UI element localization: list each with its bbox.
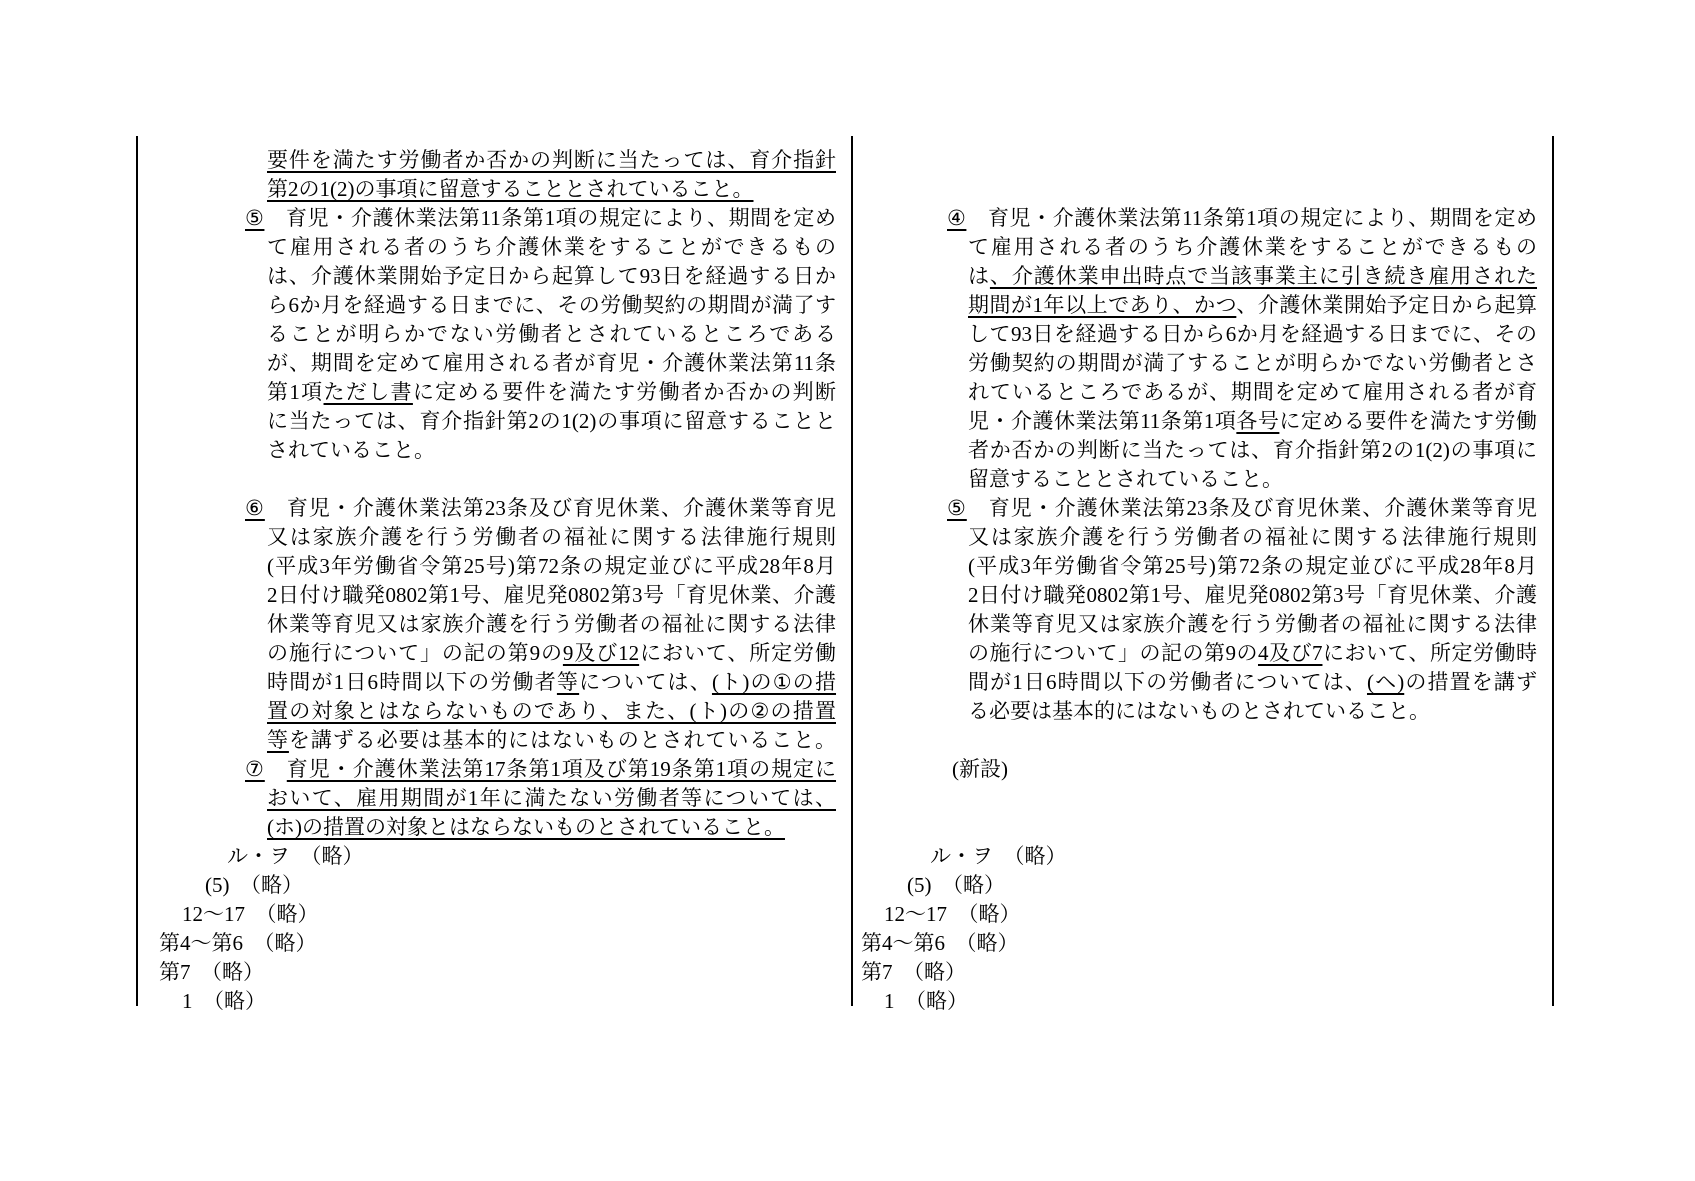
- underlined-text: (ト)の①の措: [712, 670, 836, 694]
- underlined-text: 4及び7: [1258, 641, 1322, 665]
- text-line: 又は家族介護を行う労働者の福祉に関する法律施行規則: [267, 523, 836, 552]
- underlined-text: (ホ)の措置の対象とはならないものとされていること。: [267, 815, 785, 839]
- text-line: 第7 （略）: [861, 958, 966, 987]
- text: 休業等育児又は家族介護を行う労働者の福祉に関する法律: [968, 612, 1537, 636]
- text: 2日付け職発0802第1号、雇児発0802第3号「育児休業、介護: [267, 583, 836, 607]
- text: は、介護休業開始予定日から起算して93日を経過する日か: [267, 264, 836, 288]
- text: の施行について」の記の第9の: [968, 641, 1258, 665]
- underlined-text: ⑦: [245, 757, 265, 781]
- text: 2日付け職発0802第1号、雇児発0802第3号「育児休業、介護: [968, 583, 1537, 607]
- text: に定める要件を満たす労働者か否かの判断: [413, 380, 836, 404]
- text: 第7 （略）: [861, 960, 966, 984]
- text: 第7 （略）: [159, 960, 264, 984]
- left-rule: [136, 136, 138, 1006]
- right-rule: [1552, 136, 1554, 1006]
- text-line: 等を講ずる必要は基本的にはないものとされていること。: [267, 726, 836, 755]
- text: [967, 496, 989, 520]
- text: 第1項: [267, 380, 324, 404]
- text: [265, 757, 287, 781]
- underlined-text: 9及び12: [563, 641, 639, 665]
- text-line: 労働契約の期間が満了することが明らかでない労働者とさ: [968, 349, 1537, 378]
- text-line: ⑤ 育児・介護休業法第11条第1項の規定により、期間を定め: [245, 204, 836, 233]
- text-line: 置の対象とはならないものであり、また、(ト)の②の措置: [267, 697, 836, 726]
- text: [966, 206, 988, 230]
- text-line: て雇用される者のうち介護休業をすることができるもの: [267, 233, 836, 262]
- text: が、期間を定めて雇用される者が育児・介護休業法第11条: [267, 351, 836, 375]
- text-line: ⑤ 育児・介護休業法第23条及び育児休業、介護休業等育児: [947, 494, 1537, 523]
- text: 育児・介護休業法第23条及び育児休業、介護休業等育児: [287, 496, 836, 520]
- text-line: 要件を満たす労働者か否かの判断に当たっては、育介指針: [267, 146, 836, 175]
- text: 児・介護休業法第11条第1項: [968, 409, 1236, 433]
- text: において、所定労働時: [1322, 641, 1537, 665]
- text: において、所定労働: [639, 641, 836, 665]
- text-line: 1 （略）: [182, 987, 266, 1016]
- text-line: 第4〜第6 （略）: [861, 929, 1019, 958]
- text-line: (平成3年労働省令第25号)第72条の規定並びに平成28年8月: [267, 552, 836, 581]
- text-line: ⑦ 育児・介護休業法第17条第1項及び第19条第1項の規定に: [245, 755, 836, 784]
- underlined-text: ただし書: [324, 380, 413, 404]
- text-line: 第7 （略）: [159, 958, 264, 987]
- text: を講ずる必要は基本的にはないものとされていること。: [289, 728, 836, 752]
- text: ら6か月を経過する日までに、その労働契約の期間が満了す: [267, 293, 836, 317]
- text: に当たっては、育介指針第2の1(2)の事項に留意することと: [267, 409, 836, 433]
- text-line: が、期間を定めて雇用される者が育児・介護休業法第11条: [267, 349, 836, 378]
- text-line: 12〜17 （略）: [182, 900, 319, 929]
- text: ル・ヲ （略）: [227, 844, 364, 868]
- text: (平成3年労働省令第25号)第72条の規定並びに平成28年8月: [968, 554, 1537, 578]
- text: 留意することとされていること。: [968, 467, 1283, 491]
- text-line: 2日付け職発0802第1号、雇児発0802第3号「育児休業、介護: [267, 581, 836, 610]
- text-line: ⑥ 育児・介護休業法第23条及び育児休業、介護休業等育児: [245, 494, 836, 523]
- text: 、介護休業開始予定日から起算: [1236, 293, 1537, 317]
- text: の措置を講ず: [1404, 670, 1537, 694]
- text-line: おいて、雇用期間が1年に満たない労働者等については、: [267, 784, 836, 813]
- text-line: (5) （略）: [205, 871, 303, 900]
- text-line: (5) （略）: [907, 871, 1005, 900]
- underlined-text: ⑤: [947, 496, 967, 520]
- underlined-text: 期間が1年以上であり、かつ: [968, 293, 1236, 317]
- text-line: (新設): [952, 755, 1008, 784]
- text-line: 時間が1日6時間以下の労働者等については、(ト)の①の措: [267, 668, 836, 697]
- document-page: 要件を満たす労働者か否かの判断に当たっては、育介指針第2の1(2)の事項に留意す…: [0, 0, 1695, 1181]
- text: 休業等育児又は家族介護を行う労働者の福祉に関する法律: [267, 612, 836, 636]
- text-line: 第4〜第6 （略）: [159, 929, 317, 958]
- text: されていること。: [267, 438, 435, 462]
- text-line: て雇用される者のうち介護休業をすることができるもの: [968, 233, 1537, 262]
- text: 時間が1日6時間以下の労働者: [267, 670, 557, 694]
- text: については、: [579, 670, 712, 694]
- text-line: 児・介護休業法第11条第1項各号に定める要件を満たす労働: [968, 407, 1537, 436]
- underlined-text: 育児・介護休業法第17条第1項及び第19条第1項の規定に: [287, 757, 836, 781]
- text: 者か否かの判断に当たっては、育介指針第2の1(2)の事項に: [968, 438, 1537, 462]
- text: 12〜17 （略）: [182, 902, 319, 926]
- text-line: 2日付け職発0802第1号、雇児発0802第3号「育児休業、介護: [968, 581, 1537, 610]
- underlined-text: 、介護休業申出時点で当該事業主に引き続き雇用された: [990, 264, 1537, 288]
- text-line: は、介護休業申出時点で当該事業主に引き続き雇用された: [968, 262, 1537, 291]
- text-line: 第2の1(2)の事項に留意することとされていること。: [267, 175, 836, 204]
- text-line: ル・ヲ （略）: [227, 842, 364, 871]
- underlined-text: 置の対象とはならないものであり、また、(ト)の②の措置: [267, 699, 836, 723]
- text: して93日を経過する日から6か月を経過する日までに、その: [968, 322, 1537, 346]
- text: に定める要件を満たす労働: [1279, 409, 1537, 433]
- text: 1 （略）: [182, 989, 266, 1013]
- underlined-text: ⑥: [245, 496, 265, 520]
- text: 育児・介護休業法第11条第1項の規定により、期間を定め: [988, 206, 1537, 230]
- text: 又は家族介護を行う労働者の福祉に関する法律施行規則: [968, 525, 1537, 549]
- text-line: 間が1日6時間以下の労働者については、(ヘ)の措置を講ず: [968, 668, 1537, 697]
- text: 又は家族介護を行う労働者の福祉に関する法律施行規則: [267, 525, 836, 549]
- text-line: ④ 育児・介護休業法第11条第1項の規定により、期間を定め: [947, 204, 1537, 233]
- text: 第4〜第6 （略）: [159, 931, 317, 955]
- text: ル・ヲ （略）: [930, 844, 1067, 868]
- text-line: 又は家族介護を行う労働者の福祉に関する法律施行規則: [968, 523, 1537, 552]
- text-line: ル・ヲ （略）: [930, 842, 1067, 871]
- underlined-text: ⑤: [245, 206, 264, 230]
- text: る必要は基本的にはないものとされていること。: [968, 699, 1430, 723]
- underlined-text: 要件を満たす労働者か否かの判断に当たっては、育介指針: [267, 148, 836, 172]
- text-line: されていること。: [267, 436, 836, 465]
- text-line: 休業等育児又は家族介護を行う労働者の福祉に関する法律: [968, 610, 1537, 639]
- text: て雇用される者のうち介護休業をすることができるもの: [968, 235, 1537, 259]
- text: の施行について」の記の第9の: [267, 641, 563, 665]
- text-line: ら6か月を経過する日までに、その労働契約の期間が満了す: [267, 291, 836, 320]
- underlined-text: ④: [947, 206, 966, 230]
- text-line: ることが明らかでない労働者とされているところである: [267, 320, 836, 349]
- underlined-text: 等: [557, 670, 579, 694]
- text-line: して93日を経過する日から6か月を経過する日までに、その: [968, 320, 1537, 349]
- text: (平成3年労働省令第25号)第72条の規定並びに平成28年8月: [267, 554, 836, 578]
- text: 労働契約の期間が満了することが明らかでない労働者とさ: [968, 351, 1537, 375]
- text-line: に当たっては、育介指針第2の1(2)の事項に留意することと: [267, 407, 836, 436]
- underlined-text: おいて、雇用期間が1年に満たない労働者等については、: [267, 786, 836, 810]
- text-line: の施行について」の記の第9の4及び7において、所定労働時: [968, 639, 1537, 668]
- text-line: 第1項ただし書に定める要件を満たす労働者か否かの判断: [267, 378, 836, 407]
- underlined-text: 各号: [1236, 409, 1279, 433]
- underlined-text: 等: [267, 728, 289, 752]
- text-line: 12〜17 （略）: [884, 900, 1021, 929]
- text-line: (ホ)の措置の対象とはならないものとされていること。: [267, 813, 836, 842]
- text: は: [968, 264, 990, 288]
- underlined-text: (ヘ): [1367, 670, 1404, 694]
- text: 第4〜第6 （略）: [861, 931, 1019, 955]
- text: 12〜17 （略）: [884, 902, 1021, 926]
- text: て雇用される者のうち介護休業をすることができるもの: [267, 235, 836, 259]
- text-line: (平成3年労働省令第25号)第72条の規定並びに平成28年8月: [968, 552, 1537, 581]
- text: (5) （略）: [205, 873, 303, 897]
- middle-rule: [851, 136, 853, 1006]
- underlined-text: 第2の1(2)の事項に留意することとされていること。: [267, 177, 754, 201]
- text-line: れているところであるが、期間を定めて雇用される者が育: [968, 378, 1537, 407]
- text: (5) （略）: [907, 873, 1005, 897]
- text: 間が1日6時間以下の労働者については、: [968, 670, 1367, 694]
- text: 育児・介護休業法第23条及び育児休業、介護休業等育児: [989, 496, 1537, 520]
- text-line: の施行について」の記の第9の9及び12において、所定労働: [267, 639, 836, 668]
- text-line: 留意することとされていること。: [968, 465, 1537, 494]
- text-line: 1 （略）: [884, 987, 968, 1016]
- text: [264, 206, 286, 230]
- text: (新設): [952, 757, 1008, 781]
- text-line: 者か否かの判断に当たっては、育介指針第2の1(2)の事項に: [968, 436, 1537, 465]
- text-line: 休業等育児又は家族介護を行う労働者の福祉に関する法律: [267, 610, 836, 639]
- text-line: は、介護休業開始予定日から起算して93日を経過する日か: [267, 262, 836, 291]
- text-line: 期間が1年以上であり、かつ、介護休業開始予定日から起算: [968, 291, 1537, 320]
- text-line: る必要は基本的にはないものとされていること。: [968, 697, 1537, 726]
- text: 1 （略）: [884, 989, 968, 1013]
- text: 育児・介護休業法第11条第1項の規定により、期間を定め: [286, 206, 836, 230]
- text: ることが明らかでない労働者とされているところである: [267, 322, 836, 346]
- text: れているところであるが、期間を定めて雇用される者が育: [968, 380, 1537, 404]
- text: [265, 496, 287, 520]
